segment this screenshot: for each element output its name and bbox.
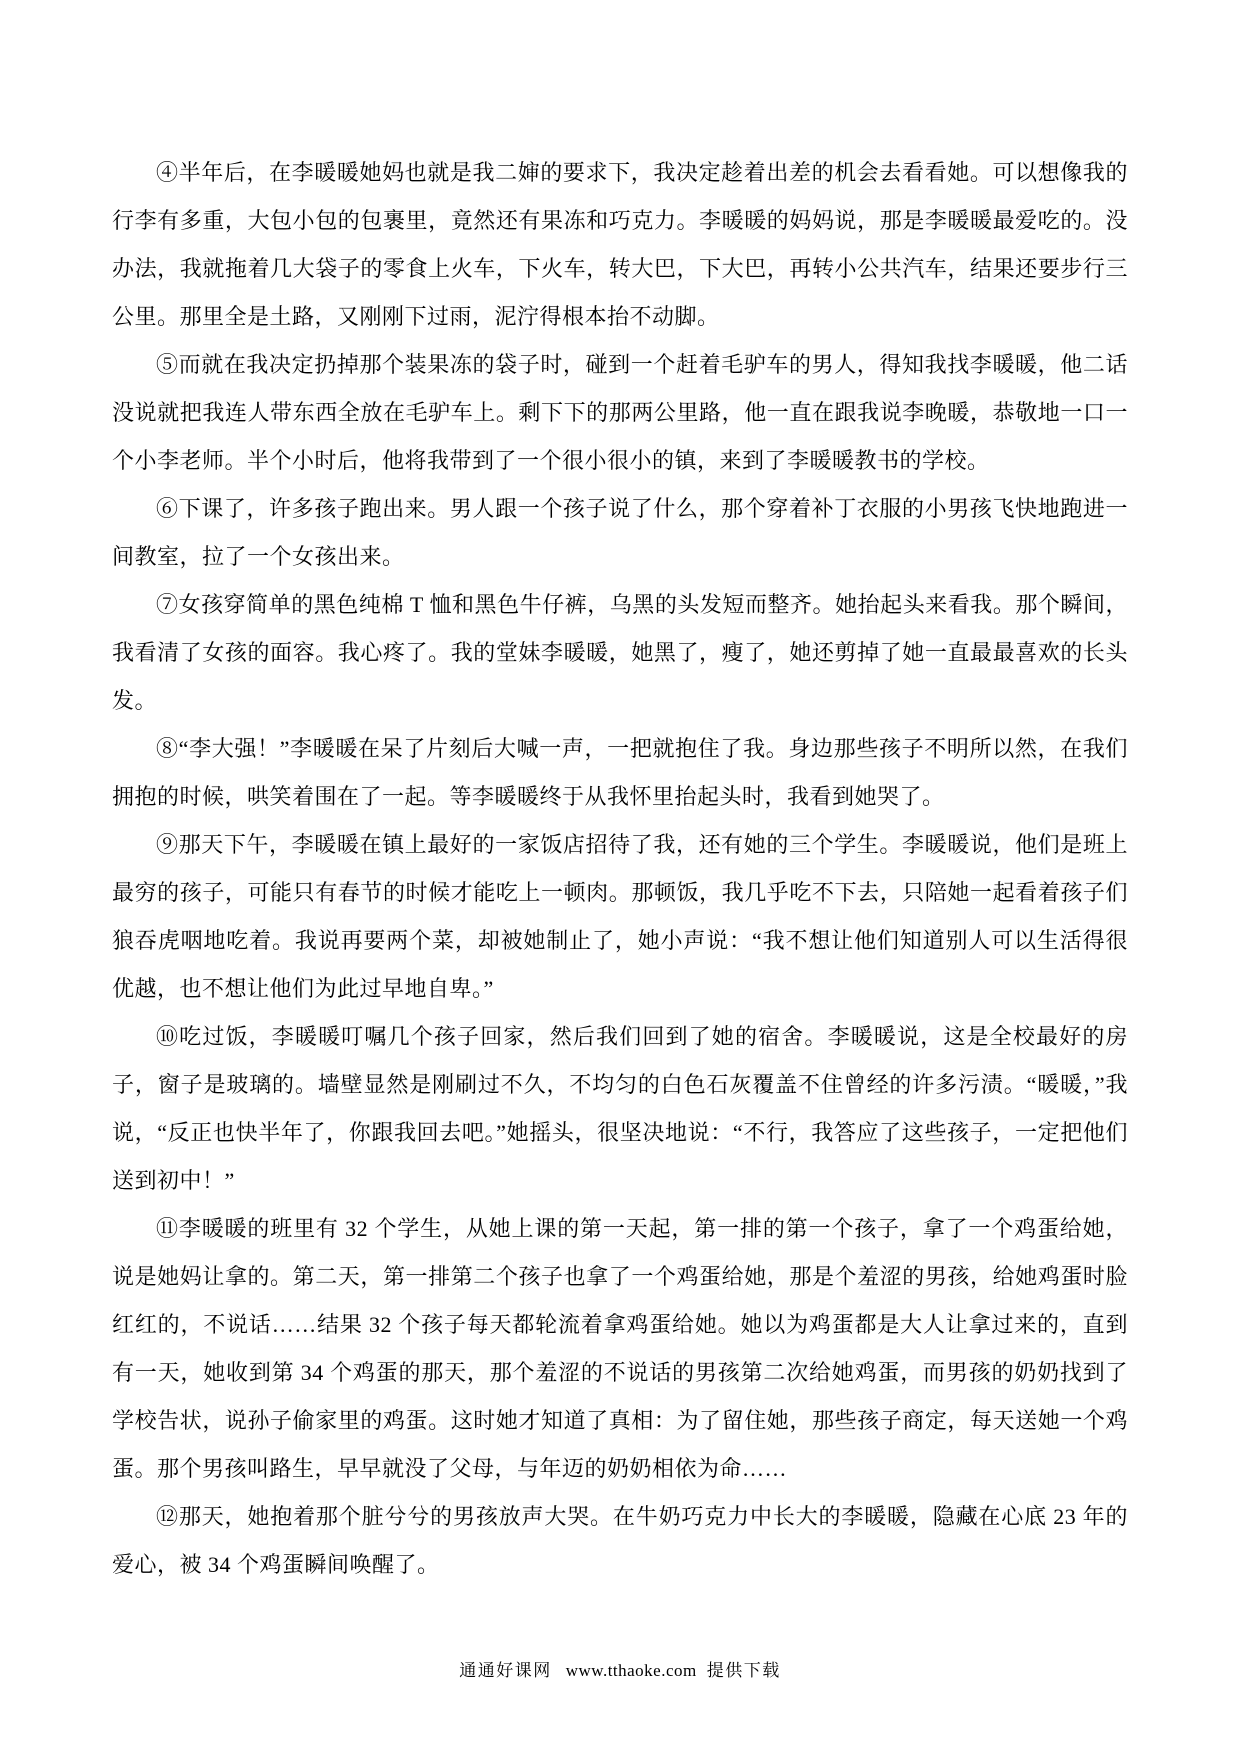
paragraph-7: ⑦女孩穿简单的黑色纯棉 T 恤和黑色牛仔裤，乌黑的头发短而整齐。她抬起头来看我。… [112, 581, 1128, 725]
passage-body: ④半年后，在李暖暖她妈也就是我二婶的要求下，我决定趁着出差的机会去看看她。可以想… [112, 149, 1128, 1589]
paragraph-11: ⑪李暖暖的班里有 32 个学生，从她上课的第一天起，第一排的第一个孩子，拿了一个… [112, 1205, 1128, 1493]
paragraph-9: ⑨那天下午，李暖暖在镇上最好的一家饭店招待了我，还有她的三个学生。李暖暖说，他们… [112, 821, 1128, 1013]
paragraph-4: ④半年后，在李暖暖她妈也就是我二婶的要求下，我决定趁着出差的机会去看看她。可以想… [112, 149, 1128, 341]
document-page: ④半年后，在李暖暖她妈也就是我二婶的要求下，我决定趁着出差的机会去看看她。可以想… [0, 0, 1240, 1754]
footer-site-url: www.tthaoke.com [566, 1661, 697, 1680]
paragraph-5: ⑤而就在我决定扔掉那个装果冻的袋子时，碰到一个赶着毛驴车的男人，得知我找李暖暖，… [112, 341, 1128, 485]
footer-download-label: 提供下载 [707, 1661, 781, 1680]
paragraph-10: ⑩吃过饭，李暖暖叮嘱几个孩子回家，然后我们回到了她的宿舍。李暖暖说，这是全校最好… [112, 1013, 1128, 1205]
paragraph-12: ⑫那天，她抱着那个脏兮兮的男孩放声大哭。在牛奶巧克力中长大的李暖暖，隐藏在心底 … [112, 1493, 1128, 1589]
footer-site-name: 通通好课网 [459, 1661, 552, 1680]
paragraph-6: ⑥下课了，许多孩子跑出来。男人跟一个孩子说了什么，那个穿着补丁衣服的小男孩飞快地… [112, 485, 1128, 581]
page-footer: 通通好课网www.tthaoke.com提供下载 [0, 1656, 1240, 1686]
paragraph-8: ⑧“李大强！”李暖暖在呆了片刻后大喊一声，一把就抱住了我。身边那些孩子不明所以然… [112, 725, 1128, 821]
